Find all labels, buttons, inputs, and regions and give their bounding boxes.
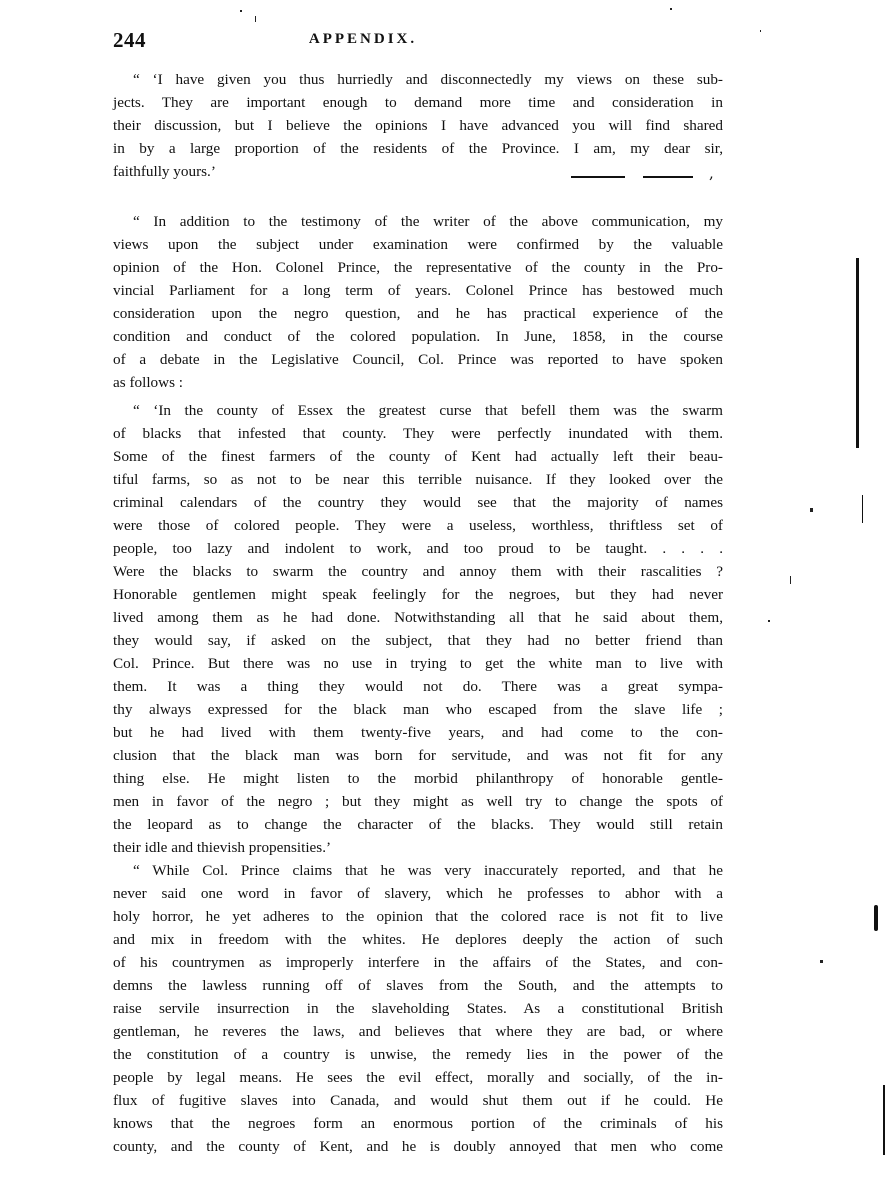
text-line: of blacks that infested that county. The…: [113, 422, 723, 445]
text-line: lived among them as he had done. Notwith…: [113, 606, 723, 629]
scan-artifact-bar: [856, 258, 859, 448]
scan-speck: [670, 8, 672, 10]
signature-comma: ,: [709, 168, 714, 178]
text-line: in by a large proportion of the resident…: [113, 137, 723, 160]
paragraph-letter-close: “ ‘I have given you thus hurriedly and d…: [113, 68, 723, 183]
running-head: 244 APPENDIX.: [113, 28, 723, 58]
scan-speck: [820, 960, 823, 963]
text-line: knows that the negroes form an enormous …: [113, 1112, 723, 1135]
text-line: their idle and thievish propensities.’: [113, 836, 723, 859]
text-line: tiful farms, so as not to be near this t…: [113, 468, 723, 491]
text-line: flux of fugitive slaves into Canada, and…: [113, 1089, 723, 1112]
text-line: holy horror, he yet adheres to the opini…: [113, 905, 723, 928]
text-line: Honorable gentlemen might speak feelingl…: [113, 583, 723, 606]
text-line: thy always expressed for the black man w…: [113, 698, 723, 721]
text-line: their discussion, but I believe the opin…: [113, 114, 723, 137]
scan-speck: [760, 30, 761, 32]
text-line: Some of the finest farmers of the county…: [113, 445, 723, 468]
text-line: men in favor of the negro ; but they mig…: [113, 790, 723, 813]
text-line: Were the blacks to swarm the country and…: [113, 560, 723, 583]
signature-dash: [571, 176, 625, 178]
text-line: of a debate in the Legislative Council, …: [113, 348, 723, 371]
scan-artifact-mark: [862, 495, 863, 523]
text-line: clusion that the black man was born for …: [113, 744, 723, 767]
text-line: jects. They are important enough to dema…: [113, 91, 723, 114]
scan-speck: [240, 10, 242, 12]
text-line: but he had lived with them twenty-five y…: [113, 721, 723, 744]
running-title: APPENDIX.: [113, 31, 613, 48]
scan-speck: [790, 576, 791, 584]
text-line: never said one word in favor of slavery,…: [113, 882, 723, 905]
text-line: demns the lawless running off of slaves …: [113, 974, 723, 997]
scan-speck: [810, 508, 813, 512]
text-line: them. It was a thing they would not do. …: [113, 675, 723, 698]
text-line: Col. Prince. But there was no use in try…: [113, 652, 723, 675]
text-line: and mix in freedom with the whites. He d…: [113, 928, 723, 951]
text-line: “ ‘In the county of Essex the greatest c…: [113, 399, 723, 422]
text-line: views upon the subject under examination…: [113, 233, 723, 256]
text-line: the leopard as to change the character o…: [113, 813, 723, 836]
text-line: raise servile insurrection in the slaveh…: [113, 997, 723, 1020]
paragraph-prince-quote: “ ‘In the county of Essex the greatest c…: [113, 399, 723, 859]
text-line: the constitution of a country is unwise,…: [113, 1043, 723, 1066]
text-line: condition and conduct of the colored pop…: [113, 325, 723, 348]
text-line: were those of colored people. They were …: [113, 514, 723, 537]
text-line: opinion of the Hon. Colonel Prince, the …: [113, 256, 723, 279]
text-line: as follows :: [113, 371, 723, 394]
text-line: “ While Col. Prince claims that he was v…: [113, 859, 723, 882]
text-line: thing else. He might listen to the morbi…: [113, 767, 723, 790]
scan-artifact-blot: [874, 905, 878, 931]
signature-dash: [643, 176, 693, 178]
text-line: county, and the county of Kent, and he i…: [113, 1135, 723, 1158]
text-line: of his countrymen as improperly interfer…: [113, 951, 723, 974]
text-line: gentleman, he reveres the laws, and beli…: [113, 1020, 723, 1043]
text-line: vincial Parliament for a long term of ye…: [113, 279, 723, 302]
text-line: “ In addition to the testimony of the wr…: [113, 210, 723, 233]
text-line: people by legal means. He sees the evil …: [113, 1066, 723, 1089]
scan-speck: [768, 620, 770, 622]
paragraph-commentary: “ While Col. Prince claims that he was v…: [113, 859, 723, 1158]
scan-artifact-bar: [883, 1085, 885, 1155]
scan-speck: [255, 16, 256, 22]
text-line: criminal calendars of the country they w…: [113, 491, 723, 514]
text-line: people, too lazy and indolent to work, a…: [113, 537, 723, 560]
text-line: consideration upon the negro question, a…: [113, 302, 723, 325]
text-line: they would say, if asked on the subject,…: [113, 629, 723, 652]
signature-blank: ,: [571, 168, 714, 178]
text-line: “ ‘I have given you thus hurriedly and d…: [113, 68, 723, 91]
paragraph-testimony: “ In addition to the testimony of the wr…: [113, 210, 723, 394]
